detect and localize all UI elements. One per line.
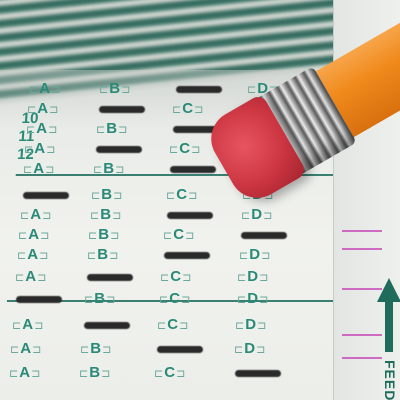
answer-bubble-b: ⊏B⊐ bbox=[80, 340, 112, 357]
filled-bubble bbox=[96, 146, 142, 153]
filled-bubble bbox=[87, 274, 133, 281]
filled-bubble bbox=[84, 322, 130, 329]
answer-bubble-a: ⊏A⊐ bbox=[26, 120, 58, 137]
filled-bubble bbox=[170, 166, 216, 173]
filled-bubble bbox=[241, 232, 287, 239]
filled-bubble bbox=[176, 86, 222, 93]
answer-bubble-a: ⊏A⊐ bbox=[23, 160, 55, 177]
filled-bubble bbox=[16, 296, 62, 303]
answer-bubble-c: ⊏C⊐ bbox=[163, 226, 195, 243]
filled-bubble bbox=[157, 346, 203, 353]
answer-bubble-a: ⊏A⊐ bbox=[18, 226, 50, 243]
answer-bubble-a: ⊏A⊐ bbox=[17, 246, 49, 263]
answer-bubble-c: ⊏C⊐ bbox=[169, 140, 201, 157]
answer-bubble-d: ⊏D⊐ bbox=[237, 290, 269, 307]
answer-bubble-d: ⊏D⊐ bbox=[237, 268, 269, 285]
answer-bubble-a: ⊏A⊐ bbox=[12, 316, 44, 333]
answer-bubble-a: ⊏A⊐ bbox=[20, 206, 52, 223]
answer-bubble-b: ⊏B⊐ bbox=[99, 80, 131, 97]
answer-bubble-a: ⊏A⊐ bbox=[29, 80, 61, 97]
answer-bubble-c: ⊏C⊐ bbox=[160, 268, 192, 285]
feed-arrow-shaft bbox=[385, 300, 393, 352]
answer-bubble-c: ⊏C⊐ bbox=[166, 186, 198, 203]
answer-bubble-a: ⊏A⊐ bbox=[27, 100, 59, 117]
filled-bubble bbox=[23, 192, 69, 199]
answer-bubble-d: ⊏D⊐ bbox=[235, 316, 267, 333]
timing-mark bbox=[342, 288, 382, 290]
timing-mark bbox=[342, 357, 382, 359]
answer-bubble-d: ⊏D⊐ bbox=[239, 246, 271, 263]
answer-bubble-b: ⊏B⊐ bbox=[90, 206, 122, 223]
answer-bubble-b: ⊏B⊐ bbox=[84, 290, 116, 307]
feed-label: FEED bbox=[382, 360, 398, 400]
feed-arrow-icon bbox=[377, 278, 400, 302]
answer-bubble-b: ⊏B⊐ bbox=[79, 364, 111, 381]
filled-bubble bbox=[235, 370, 281, 377]
filled-bubble bbox=[167, 212, 213, 219]
answer-bubble-c: ⊏C⊐ bbox=[154, 364, 186, 381]
filled-bubble bbox=[99, 106, 145, 113]
answer-bubble-a: ⊏A⊐ bbox=[9, 364, 41, 381]
answer-bubble-a: ⊏A⊐ bbox=[24, 140, 56, 157]
timing-mark bbox=[342, 334, 382, 336]
answer-bubble-c: ⊏C⊐ bbox=[159, 290, 191, 307]
answer-bubble-b: ⊏B⊐ bbox=[91, 186, 123, 203]
answer-bubble-b: ⊏B⊐ bbox=[93, 160, 125, 177]
answer-bubble-a: ⊏A⊐ bbox=[15, 268, 47, 285]
answer-bubble-d: ⊏D⊐ bbox=[234, 340, 266, 357]
filled-bubble bbox=[164, 252, 210, 259]
timing-mark bbox=[342, 248, 382, 250]
answer-bubble-b: ⊏B⊐ bbox=[96, 120, 128, 137]
answer-bubble-b: ⊏B⊐ bbox=[88, 226, 120, 243]
answer-bubble-c: ⊏C⊐ bbox=[157, 316, 189, 333]
answer-bubble-a: ⊏A⊐ bbox=[10, 340, 42, 357]
timing-mark bbox=[342, 230, 382, 232]
answer-bubble-b: ⊏B⊐ bbox=[87, 246, 119, 263]
photo-scene: 10 11 12 ⊏A⊐⊏B⊐⊏D⊐⊏A⊐⊏C⊐⊏D⊐⊏A⊐⊏B⊐⊏D⊐⊏A⊐⊏… bbox=[0, 0, 400, 400]
